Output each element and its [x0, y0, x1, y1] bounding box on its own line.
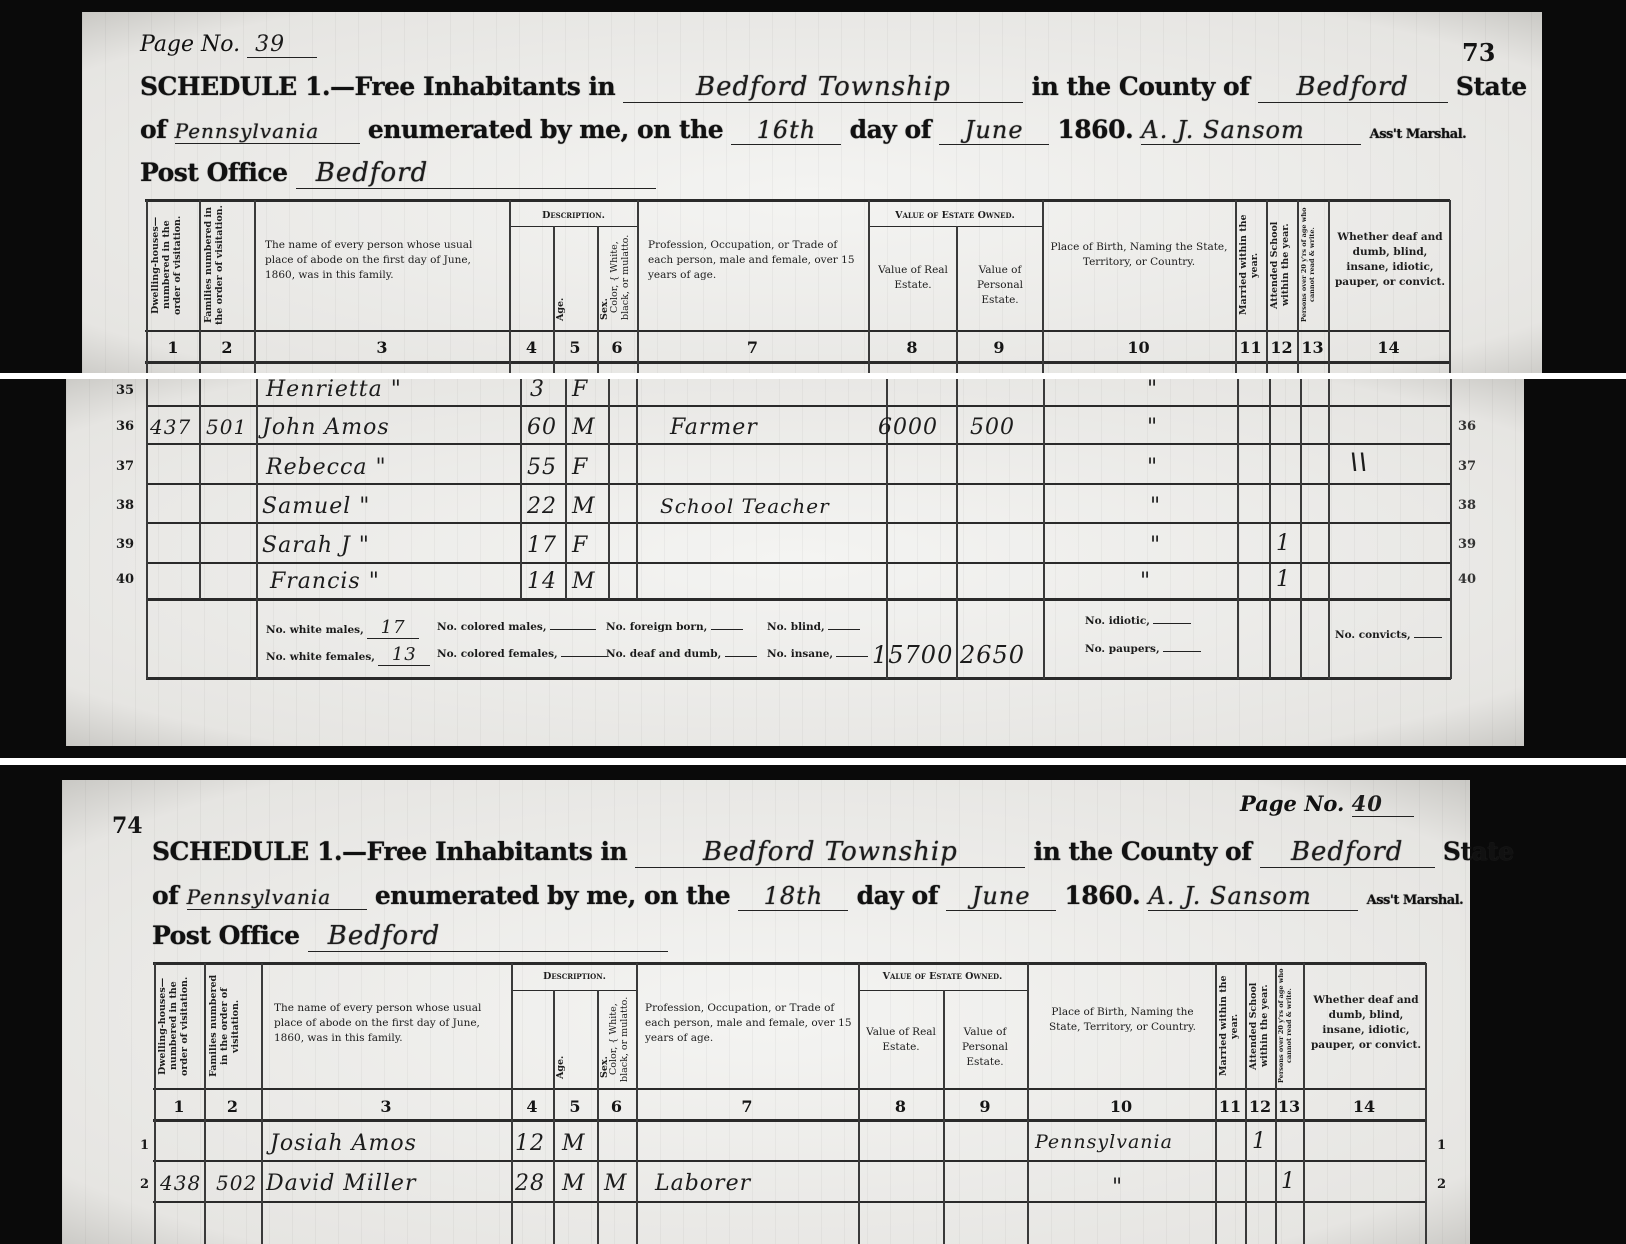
of-label: of — [152, 881, 178, 910]
month: June — [939, 116, 1049, 145]
header-estate: Value of Estate Owned. — [868, 208, 1042, 223]
column-number: 7 — [636, 1097, 858, 1116]
column-number: 5 — [553, 338, 597, 357]
column-number: 1 — [154, 1097, 204, 1116]
column-number: 3 — [254, 338, 510, 357]
header-description: Description. — [512, 969, 637, 984]
stamp-number: 74 — [112, 813, 143, 839]
header-bottom-rule — [153, 1088, 1426, 1090]
paupers-label: No. paupers, — [1085, 643, 1160, 655]
header-family: Families numbered in the order of visita… — [203, 205, 249, 325]
right-line-number: 39 — [1458, 537, 1476, 552]
day-of-label: day of — [850, 115, 931, 144]
column-number: 5 — [553, 1097, 597, 1116]
of-label: of — [140, 115, 166, 144]
blank-line — [1163, 641, 1201, 652]
color-cell: M — [604, 1171, 628, 1196]
grid-line — [1449, 200, 1451, 373]
state: Pennsylvania — [187, 885, 367, 910]
sex-cell: M — [562, 1171, 586, 1196]
line-number: 1 — [140, 1138, 149, 1153]
line-number: 40 — [116, 572, 134, 587]
post-office: Bedford — [296, 158, 656, 189]
enumerated-label: enumerated by me, on the — [368, 115, 723, 144]
marshal-signature: A. J. Sansom — [1141, 116, 1361, 145]
age-cell: 17 — [527, 533, 557, 558]
colored-males-label: No. colored males, — [437, 621, 546, 633]
name-cell: Sarah J " — [262, 533, 370, 558]
white-females-count: 13 — [378, 644, 430, 666]
school-cell: 1 — [1276, 531, 1291, 556]
insane-total: No. insane, — [767, 646, 868, 660]
state-label: State — [1443, 837, 1514, 866]
line-number: 2 — [140, 1177, 149, 1192]
sex-cell: F — [572, 533, 588, 558]
post-office: Bedford — [308, 921, 668, 952]
header-age: Age. — [555, 290, 595, 328]
column-number: 3 — [261, 1097, 511, 1116]
county: Bedford — [1258, 72, 1448, 103]
blank-line — [711, 619, 743, 630]
row-rule — [146, 483, 1451, 485]
birthplace-cell: Pennsylvania — [1035, 1131, 1173, 1153]
description-rule — [510, 226, 637, 227]
township: Bedford Township — [623, 72, 1023, 103]
column-number: 1 — [146, 338, 200, 357]
post-office-line: Post Office Bedford — [152, 921, 668, 952]
personal-estate-cell: 500 — [970, 415, 1015, 440]
enumeration-line: of Pennsylvania enumerated by me, on the… — [152, 881, 1463, 911]
illiterate-cell: 1 — [1281, 1169, 1296, 1194]
table-top-rule — [153, 962, 1426, 965]
strip-divider — [0, 758, 1626, 765]
sex-cell: M — [562, 1131, 586, 1156]
header-birthplace: Place of Birth, Naming the State, Territ… — [1050, 240, 1228, 270]
real-estate-cell: 6000 — [878, 415, 938, 440]
enumeration-line: of Pennsylvania enumerated by me, on the… — [140, 115, 1466, 145]
colored-males-total: No. colored males, — [437, 619, 596, 633]
grid-line — [520, 379, 522, 599]
row-rule — [146, 405, 1451, 407]
age-cell: 22 — [527, 494, 557, 519]
name-cell: David Miller — [266, 1171, 416, 1196]
column-number: 11 — [1215, 1097, 1245, 1116]
column-number: 4 — [511, 1097, 553, 1116]
dwelling-cell: 438 — [160, 1171, 201, 1195]
header-illiterate: Persons over 20 y'rs of age who cannot r… — [1300, 205, 1326, 325]
grid-line — [1300, 379, 1302, 679]
blank-line — [725, 646, 757, 657]
page-number: 40 — [1352, 791, 1414, 817]
column-number: 12 — [1245, 1097, 1275, 1116]
blank-line — [828, 619, 860, 630]
header-real-estate: Value of Real Estate. — [874, 263, 952, 293]
schedule-title: SCHEDULE 1.—Free Inhabitants in — [140, 72, 615, 101]
page-label: Page No. — [140, 32, 240, 57]
header-age: Age. — [555, 1048, 595, 1086]
schedule-title-line: SCHEDULE 1.—Free Inhabitants in Bedford … — [140, 72, 1527, 103]
description-rule — [512, 990, 637, 991]
state: Pennsylvania — [175, 119, 360, 144]
remarks-mark: \\ — [1350, 449, 1368, 475]
row-rule — [146, 562, 1451, 564]
blind-label: No. blind, — [767, 621, 825, 633]
year: 1860. — [1057, 115, 1133, 144]
totals-bottom-rule — [146, 677, 1451, 680]
age-cell: 55 — [527, 455, 557, 480]
right-line-number: 37 — [1458, 459, 1476, 474]
day-of-label: day of — [857, 881, 938, 910]
header-family: Families numbered in the order of visita… — [208, 968, 258, 1084]
occupation-cell: School Teacher — [660, 494, 830, 518]
column-number: 8 — [868, 338, 956, 357]
grid-line — [256, 379, 258, 679]
header-name: The name of every person whose usual pla… — [265, 238, 500, 283]
convicts-total: No. convicts, — [1335, 627, 1442, 641]
month: June — [946, 882, 1056, 911]
day: 16th — [731, 116, 841, 145]
age-cell: 60 — [527, 415, 557, 440]
header-married: Married within the year. — [1238, 205, 1264, 325]
colored-females-label: No. colored females, — [437, 648, 558, 660]
county-label: in the County of — [1034, 837, 1252, 866]
page-number-line: Page No. 39 — [140, 32, 317, 58]
deaf-dumb-label: No. deaf and dumb, — [606, 648, 721, 660]
sex-cell: M — [572, 569, 596, 594]
marshal-signature: A. J. Sansom — [1148, 882, 1358, 911]
insane-label: No. insane, — [767, 648, 833, 660]
header-bottom-rule — [145, 330, 1450, 332]
school-cell: 1 — [1276, 567, 1291, 592]
header-dwelling: Dwelling-houses— numbered in the order o… — [150, 205, 195, 325]
column-number: 6 — [597, 1097, 636, 1116]
header-remarks: Whether deaf and dumb, blind, insane, id… — [1310, 993, 1422, 1053]
birthplace-cell: " — [1140, 569, 1151, 594]
blind-total: No. blind, — [767, 619, 860, 633]
birthplace-cell: " — [1150, 494, 1161, 519]
age-cell: 14 — [527, 569, 557, 594]
age-cell: 3 — [530, 379, 545, 402]
line-number: 38 — [116, 498, 134, 513]
column-number: 7 — [637, 338, 868, 357]
post-office-label: Post Office — [152, 921, 300, 950]
blank-line — [1414, 627, 1442, 638]
real-estate-total: 15700 — [872, 641, 953, 669]
grid-line — [956, 379, 958, 679]
convicts-label: No. convicts, — [1335, 629, 1411, 641]
age-cell: 28 — [515, 1171, 545, 1196]
birthplace-cell: " — [1147, 415, 1158, 440]
schedule-title-line: SCHEDULE 1.—Free Inhabitants in Bedford … — [152, 837, 1514, 868]
row-rule — [146, 522, 1451, 524]
column-number: 6 — [597, 338, 637, 357]
name-cell: John Amos — [262, 415, 390, 440]
header-occupation: Profession, Occupation, or Trade of each… — [645, 1001, 853, 1046]
name-cell: Rebecca " — [266, 455, 387, 480]
column-number: 10 — [1042, 338, 1235, 357]
column-number: 14 — [1303, 1097, 1425, 1116]
grid-line — [1425, 963, 1427, 1244]
column-number: 8 — [858, 1097, 943, 1116]
column-number: 2 — [200, 338, 254, 357]
foreign-born-total: No. foreign born, — [606, 619, 743, 633]
strip-page-40: 74 Page No. 40 SCHEDULE 1.—Free Inhabita… — [0, 765, 1626, 1244]
column-number: 12 — [1266, 338, 1297, 357]
blank-line — [836, 646, 868, 657]
header-married: Married within the year. — [1218, 968, 1243, 1084]
header-school: Attended School within the year. — [1269, 205, 1295, 325]
day: 18th — [738, 882, 848, 911]
sex-cell: M — [572, 415, 596, 440]
column-number: 11 — [1235, 338, 1266, 357]
marshal-label: Ass't Marshal. — [1367, 893, 1464, 908]
white-females-label: No. white females, — [266, 651, 375, 663]
column-number: 4 — [510, 338, 553, 357]
grid-line — [1450, 379, 1452, 679]
column-number: 2 — [204, 1097, 261, 1116]
county-label: in the County of — [1032, 72, 1250, 101]
line-number: 37 — [116, 459, 134, 474]
column-number: 9 — [943, 1097, 1027, 1116]
blank-line — [1153, 613, 1191, 624]
grid-line — [636, 379, 638, 599]
year: 1860. — [1064, 881, 1140, 910]
grid-line — [553, 990, 555, 1244]
state-label: State — [1456, 72, 1527, 101]
column-number: 14 — [1328, 338, 1449, 357]
sex-cell: F — [572, 455, 588, 480]
white-males-label: No. white males, — [266, 624, 364, 636]
header-description: Description. — [510, 208, 637, 223]
blank-line — [550, 619, 596, 630]
column-number: 13 — [1297, 338, 1328, 357]
right-line-number: 38 — [1458, 498, 1476, 513]
header-color: Color, { White, black, or mulatto. — [609, 230, 635, 325]
family-cell: 501 — [206, 415, 247, 439]
white-males-total: No. white males, 17 — [266, 617, 419, 639]
grid-line — [1237, 379, 1239, 679]
header-birthplace: Place of Birth, Naming the State, Territ… — [1035, 1005, 1210, 1035]
birthplace-cell: " — [1112, 1175, 1123, 1200]
header-numbers-rule — [145, 361, 1450, 364]
header-remarks: Whether deaf and dumb, blind, insane, id… — [1334, 230, 1446, 290]
column-number: 10 — [1027, 1097, 1215, 1116]
county: Bedford — [1260, 837, 1435, 868]
header-real-estate: Value of Real Estate. — [862, 1025, 940, 1055]
page-number: 39 — [247, 32, 317, 58]
totals-top-rule — [146, 598, 1451, 601]
grid-line — [608, 379, 610, 599]
foreign-born-label: No. foreign born, — [606, 621, 707, 633]
row-rule — [153, 1160, 1426, 1162]
table-top-rule — [145, 199, 1450, 202]
post-office-label: Post Office — [140, 158, 288, 187]
header-personal-estate: Value of Personal Estate. — [961, 263, 1039, 308]
header-occupation: Profession, Occupation, or Trade of each… — [648, 238, 860, 283]
sex-cell: F — [572, 379, 588, 402]
line-number: 35 — [116, 383, 134, 398]
right-line-number: 2 — [1437, 1177, 1446, 1192]
idiotic-total: No. idiotic, — [1085, 613, 1191, 627]
header-numbers-rule — [153, 1119, 1426, 1122]
line-number: 36 — [116, 419, 134, 434]
line-number: 39 — [116, 537, 134, 552]
grid-line — [597, 990, 599, 1244]
paupers-total: No. paupers, — [1085, 641, 1201, 655]
white-females-total: No. white females, 13 — [266, 644, 430, 666]
stamp-number: 73 — [1462, 38, 1495, 67]
header-dwelling: Dwelling-houses— numbered in the order o… — [157, 968, 201, 1084]
header-school: Attended School within the year. — [1248, 968, 1273, 1084]
occupation-cell: Laborer — [655, 1171, 751, 1196]
column-number: 13 — [1275, 1097, 1303, 1116]
colored-females-total: No. colored females, — [437, 646, 607, 660]
grid-line — [1328, 379, 1330, 679]
personal-estate-total: 2650 — [960, 641, 1025, 669]
header-name: The name of every person whose usual pla… — [274, 1001, 506, 1046]
dwelling-cell: 437 — [150, 415, 191, 439]
birthplace-cell: " — [1150, 533, 1161, 558]
grid-line — [199, 379, 201, 599]
family-cell: 502 — [216, 1171, 257, 1195]
post-office-line: Post Office Bedford — [140, 158, 656, 189]
grid-line — [565, 379, 567, 599]
grid-line — [1269, 379, 1271, 679]
strip-page-39-header: Page No. 39 73 SCHEDULE 1.—Free Inhabita… — [0, 0, 1626, 373]
header-personal-estate: Value of Personal Estate. — [946, 1025, 1024, 1070]
marshal-label: Ass't Marshal. — [1370, 127, 1467, 142]
school-cell: 1 — [1252, 1129, 1267, 1154]
right-line-number: 1 — [1437, 1138, 1446, 1153]
name-cell: Henrietta " — [266, 379, 402, 402]
township: Bedford Township — [635, 837, 1025, 868]
grid-line — [146, 379, 148, 679]
header-illiterate: Persons over 20 y'rs of age who cannot r… — [1277, 968, 1301, 1084]
page-number-line: Page No. 40 — [1240, 791, 1414, 817]
name-cell: Samuel " — [262, 494, 370, 519]
column-number: 9 — [956, 338, 1042, 357]
occupation-cell: Farmer — [670, 415, 758, 440]
blank-line — [561, 646, 607, 657]
age-cell: 12 — [515, 1131, 545, 1156]
row-rule — [153, 1201, 1426, 1203]
name-cell: Francis " — [270, 569, 380, 594]
estate-rule — [868, 226, 1042, 227]
idiotic-label: No. idiotic, — [1085, 615, 1150, 627]
grid-line — [943, 990, 945, 1244]
schedule-title: SCHEDULE 1.—Free Inhabitants in — [152, 837, 627, 866]
birthplace-cell: " — [1147, 379, 1158, 402]
header-color: Color, { White, black, or mulatto. — [608, 993, 634, 1085]
name-cell: Josiah Amos — [270, 1131, 417, 1156]
sex-cell: M — [572, 494, 596, 519]
white-males-count: 17 — [367, 617, 419, 639]
right-line-number: 40 — [1458, 572, 1476, 587]
enumerated-label: enumerated by me, on the — [375, 881, 730, 910]
row-rule — [146, 443, 1451, 445]
header-estate: Value of Estate Owned. — [858, 969, 1027, 984]
page-label: Page No. — [1240, 791, 1344, 816]
birthplace-cell: " — [1147, 455, 1158, 480]
strip-page-39-rows: 35 Henrietta " 3 F " 36 437 501 John Amo… — [0, 379, 1626, 758]
grid-line — [1043, 379, 1045, 679]
right-line-number: 36 — [1458, 419, 1476, 434]
deaf-dumb-total: No. deaf and dumb, — [606, 646, 757, 660]
